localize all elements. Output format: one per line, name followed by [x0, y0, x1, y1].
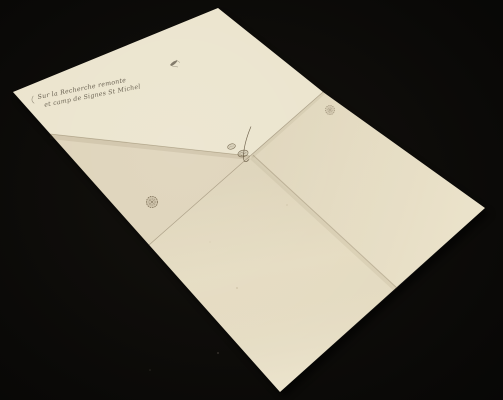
- round-stamp-center-dot: [329, 109, 330, 110]
- round-stamp-upper-right: [325, 105, 334, 114]
- photograph-of-folded-letter: Sur la Recherche remonte et camp de Sign…: [0, 0, 503, 400]
- backdrop-dust-speck: [149, 369, 151, 371]
- foxing-speck: [287, 205, 288, 206]
- foxing-speck: [210, 242, 211, 243]
- paper-lighting: [13, 8, 485, 392]
- foxing-speck: [236, 287, 237, 288]
- round-stamp-center-dot: [151, 201, 152, 202]
- document-photo-canvas: Sur la Recherche remonte et camp de Sign…: [0, 0, 503, 400]
- backdrop-dust-speck: [217, 352, 219, 354]
- round-stamp-left: [146, 196, 157, 207]
- paper-sheet: Sur la Recherche remonte et camp de Sign…: [13, 8, 485, 392]
